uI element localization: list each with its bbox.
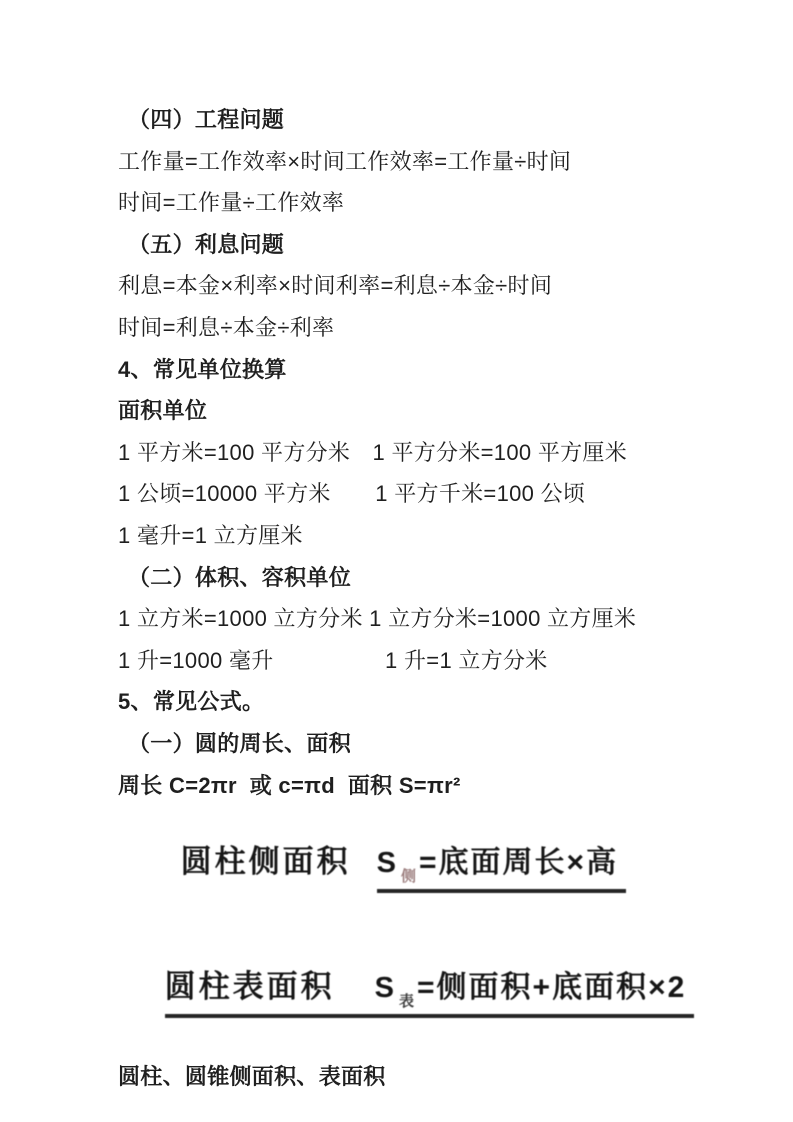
subheading-volume-units: （二）体积、容积单位 [118,557,753,599]
volume-units-line-1: 1 立方米=1000 立方分米 1 立方分米=1000 立方厘米 [118,598,753,640]
interest-formula-2: 时间=利息÷本金÷利率 [118,307,753,349]
cylinder-side-expression: =底面周长×高 [419,846,618,879]
cylinder-side-formula-image: 圆柱侧面积S侧=底面周长×高 [118,818,753,911]
engineering-formula-1: 工作量=工作效率×时间工作效率=工作量÷时间 [118,141,753,183]
cylinder-surface-symbol: S [375,972,396,1004]
document-page: （四）工程问题 工作量=工作效率×时间工作效率=工作量÷时间 时间=工作量÷工作… [0,0,793,1122]
cylinder-surface-expression: =侧面积+底面积×2 [417,971,686,1004]
cylinder-surface-subscript: 表 [399,993,414,1010]
section-heading-interest: （五）利息问题 [118,224,753,266]
subheading-area-units: 面积单位 [118,390,753,432]
volume-units-line-2: 1 升=1000 毫升 1 升=1 立方分米 [118,640,753,682]
cylinder-side-subscript: 侧 [401,868,416,885]
cylinder-side-symbol: S [377,847,398,879]
interest-formula-1: 利息=本金×利率×时间利率=利息÷本金÷时间 [118,265,753,307]
engineering-formula-2: 时间=工作量÷工作效率 [118,182,753,224]
cylinder-side-underlined-expression: S侧=底面周长×高 [377,837,626,893]
cylinder-surface-label: 圆柱表面积 [165,969,335,1004]
area-units-line-3: 1 毫升=1 立方厘米 [118,515,753,557]
area-units-line-2: 1 公顷=10000 平方米 1 平方千米=100 公顷 [118,473,753,515]
cylinder-surface-underlined-line: 圆柱表面积S表=侧面积+底面积×2 [165,961,695,1018]
section-heading-common-formulas: 5、常见公式。 [118,681,753,723]
footer-heading: 圆柱、圆锥侧面积、表面积 [118,1064,753,1090]
circle-formula-line: 周长 C=2πr 或 c=πd 面积 S=πr² [118,765,753,807]
section-heading-engineering: （四）工程问题 [118,99,753,141]
subheading-circle: （一）圆的周长、面积 [118,723,753,765]
document-content: （四）工程问题 工作量=工作效率×时间工作效率=工作量÷时间 时间=工作量÷工作… [118,99,753,1090]
area-units-line-1: 1 平方米=100 平方分米 1 平方分米=100 平方厘米 [118,432,753,474]
cylinder-surface-formula-image: 圆柱表面积S表=侧面积+底面积×2 [118,943,753,1036]
cylinder-side-label: 圆柱侧面积 [181,844,351,879]
section-heading-unit-conversion: 4、常见单位换算 [118,349,753,391]
